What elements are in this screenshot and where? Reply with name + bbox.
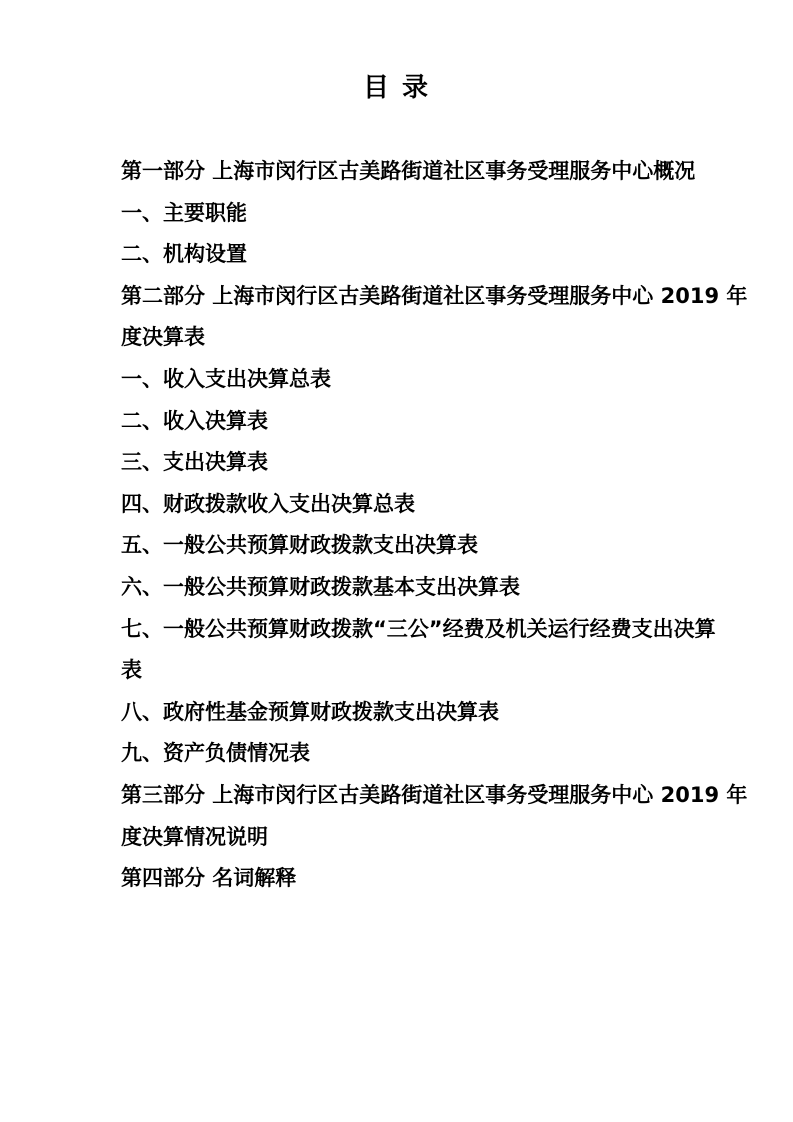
- toc-line: 二、收入决算表: [121, 401, 723, 443]
- toc-line: 五、一般公共预算财政拨款支出决算表: [121, 525, 723, 567]
- toc-line: 度决算表: [121, 317, 723, 359]
- toc-line: 一、收入支出决算总表: [121, 359, 723, 401]
- page-title: 目 录: [0, 70, 793, 106]
- toc-line: 第四部分 名词解释: [121, 858, 723, 900]
- toc-line: 一、主要职能: [121, 193, 723, 235]
- toc-line: 八、政府性基金预算财政拨款支出决算表: [121, 692, 723, 734]
- toc-line: 度决算情况说明: [121, 817, 723, 859]
- toc-line: 表: [121, 650, 723, 692]
- document-page: 目 录 第一部分 上海市闵行区古美路街道社区事务受理服务中心概况一、主要职能二、…: [0, 0, 793, 1122]
- toc-line: 第三部分 上海市闵行区古美路街道社区事务受理服务中心 2019 年: [121, 775, 723, 817]
- toc-line: 四、财政拨款收入支出决算总表: [121, 484, 723, 526]
- toc-list: 第一部分 上海市闵行区古美路街道社区事务受理服务中心概况一、主要职能二、机构设置…: [121, 151, 723, 900]
- toc-line: 六、一般公共预算财政拨款基本支出决算表: [121, 567, 723, 609]
- toc-line: 二、机构设置: [121, 234, 723, 276]
- toc-line: 第二部分 上海市闵行区古美路街道社区事务受理服务中心 2019 年: [121, 276, 723, 318]
- toc-line: 九、资产负债情况表: [121, 733, 723, 775]
- toc-line: 三、支出决算表: [121, 442, 723, 484]
- toc-line: 第一部分 上海市闵行区古美路街道社区事务受理服务中心概况: [121, 151, 723, 193]
- toc-line: 七、一般公共预算财政拨款“三公”经费及机关运行经费支出决算: [121, 609, 723, 651]
